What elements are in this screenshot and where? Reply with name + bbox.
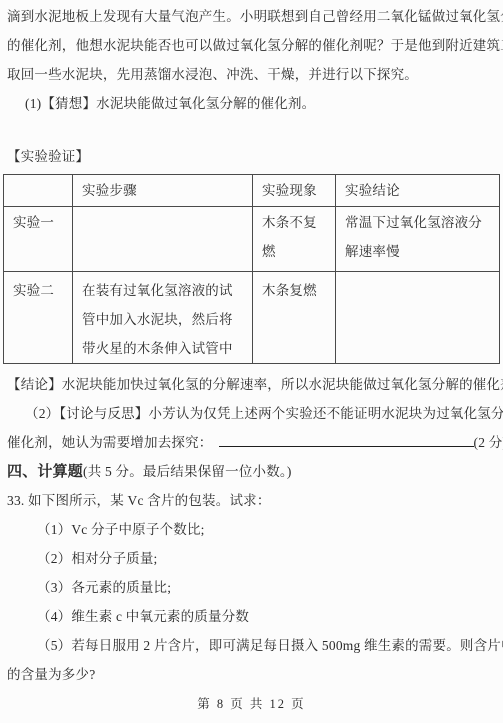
header-cell-empty	[4, 175, 73, 207]
q33-item-4: （4）维生素 c 中氧元素的质量分数	[7, 602, 496, 631]
table-row: 实验一 木条不复燃 常温下过氧化氢溶液分解速率慢	[4, 207, 500, 272]
q33-stem: 33. 如下图所示，某 Vc 含片的包装。试求：	[7, 486, 496, 515]
score-label: (2 分)	[474, 435, 503, 450]
row1-label: 实验一	[4, 207, 73, 272]
header-cell-phenomenon: 实验现象	[253, 175, 336, 207]
question-33: 33. 如下图所示，某 Vc 含片的包装。试求： （1）Vc 分子中原子个数比;…	[7, 486, 496, 689]
conclusion-line: 【结论】水泥块能加快过氧化氢的分解速率，所以水泥块能做过氧化氢分解的催化剂。	[7, 370, 496, 399]
answer-blank-underline	[219, 445, 474, 447]
intro-line-1: 滴到水泥地板上发现有大量气泡产生。小明联想到自己曾经用二氧化锰做过氧化氢分解	[7, 2, 496, 31]
q33-item-2: （2）相对分子质量;	[7, 544, 496, 573]
row2-steps: 在装有过氧化氢溶液的试管中加入水泥块，然后将带火星的木条伸入试管中	[73, 272, 253, 364]
discussion-line-2-text: 催化剂，她认为需要增加去探究：	[7, 435, 213, 450]
page-content: 滴到水泥地板上发现有大量气泡产生。小明联想到自己曾经用二氧化锰做过氧化氢分解 的…	[0, 2, 503, 689]
q33-items: （1）Vc 分子中原子个数比; （2）相对分子质量; （3）各元素的质量比; （…	[7, 515, 496, 689]
intro-line-3: 取回一些水泥块，先用蒸馏水浸泡、冲洗、干燥，并进行以下探究。	[7, 60, 496, 89]
q33-item-1: （1）Vc 分子中原子个数比;	[7, 515, 496, 544]
verify-heading: 【实验验证】	[7, 142, 496, 171]
q33-item-5-continuation: 的含量为多少?	[7, 660, 496, 689]
row2-label: 实验二	[4, 272, 73, 364]
section4-title: 四、计算题	[7, 464, 83, 480]
page-number-footer: 第 8 页 共 12 页	[0, 694, 503, 712]
header-cell-conclusion: 实验结论	[336, 175, 500, 207]
document-page: 滴到水泥地板上发现有大量气泡产生。小明联想到自己曾经用二氧化锰做过氧化氢分解 的…	[0, 0, 503, 723]
row2-phenomenon: 木条复燃	[253, 272, 336, 364]
intro-line-2: 的催化剂，他想水泥块能否也可以做过氧化氢分解的催化剂呢？于是他到附近建筑工地	[7, 31, 496, 60]
experiment-table: 实验步骤 实验现象 实验结论 实验一 木条不复燃 常温下过氧化氢溶液分解速率慢 …	[3, 174, 500, 364]
row2-conclusion	[336, 272, 500, 364]
row1-conclusion: 常温下过氧化氢溶液分解速率慢	[336, 207, 500, 272]
q33-item-3: （3）各元素的质量比;	[7, 573, 496, 602]
q33-item-5: （5）若每日服用 2 片含片，即可满足每日摄入 500mg 维生素的需要。则含片…	[7, 631, 496, 660]
table-header-row: 实验步骤 实验现象 实验结论	[4, 175, 500, 207]
intro-paragraph: 滴到水泥地板上发现有大量气泡产生。小明联想到自己曾经用二氧化锰做过氧化氢分解 的…	[7, 2, 496, 89]
section4-note: (共 5 分。最后结果保留一位小数。)	[83, 464, 292, 479]
discussion-line-2: 催化剂，她认为需要增加去探究：(2 分)	[7, 428, 496, 457]
discussion-line-1: （2）【讨论与反思】小芳认为仅凭上述两个实验还不能证明水泥块为过氧化氢分解的	[7, 399, 496, 428]
row1-steps	[73, 207, 253, 272]
section4-header: 四、计算题(共 5 分。最后结果保留一位小数。)	[7, 457, 496, 486]
discussion-block: （2）【讨论与反思】小芳认为仅凭上述两个实验还不能证明水泥块为过氧化氢分解的 催…	[7, 399, 496, 457]
guess-line: (1)【猜想】水泥块能做过氧化氢分解的催化剂。	[7, 89, 496, 118]
row1-phenomenon: 木条不复燃	[253, 207, 336, 272]
header-cell-steps: 实验步骤	[73, 175, 253, 207]
table-row: 实验二 在装有过氧化氢溶液的试管中加入水泥块，然后将带火星的木条伸入试管中 木条…	[4, 272, 500, 364]
